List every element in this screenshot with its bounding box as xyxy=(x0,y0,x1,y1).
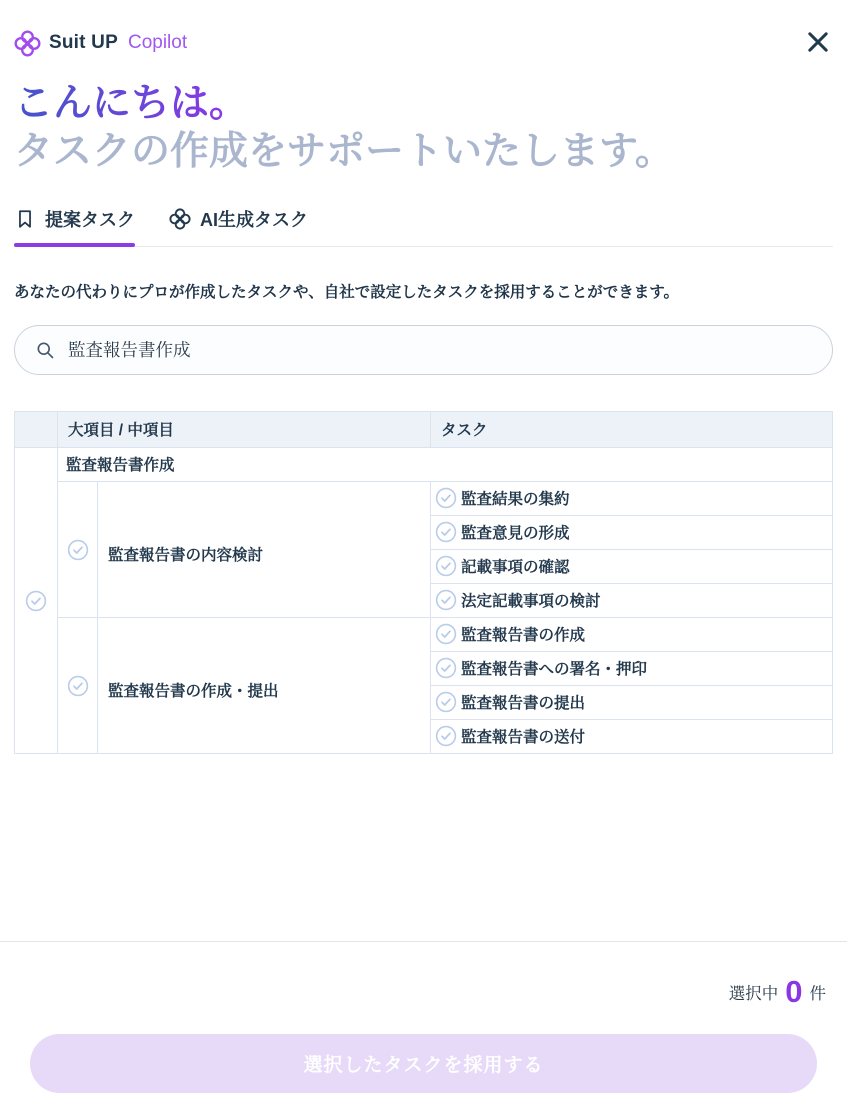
task-label: 監査報告書への署名・押印 xyxy=(461,657,647,679)
check-circle-icon xyxy=(435,487,457,509)
search-box[interactable] xyxy=(14,325,833,375)
table-row: 監査報告書の作成・提出 監査報告書の作成 xyxy=(15,617,833,651)
task-table: 大項目 / 中項目 タスク 監査報告書作成 監査報告書の内容検討 監査 xyxy=(14,411,833,754)
check-circle-icon xyxy=(435,555,457,577)
description-text: あなたの代わりにプロが作成したタスクや、自社で設定したタスクを採用することができ… xyxy=(14,280,833,302)
check-circle-icon xyxy=(435,589,457,611)
task-label: 法定記載事項の検討 xyxy=(461,589,601,611)
check-circle-icon xyxy=(435,521,457,543)
search-input[interactable] xyxy=(68,339,812,360)
check-circle-icon xyxy=(435,725,457,747)
check-circle-icon xyxy=(67,675,89,697)
footer-divider xyxy=(0,941,847,942)
task-label: 監査結果の集約 xyxy=(461,487,570,509)
task-label: 監査報告書の送付 xyxy=(461,725,585,747)
task-cell[interactable]: 監査報告書の提出 xyxy=(431,685,833,719)
selected-counter: 選択中 0 件 xyxy=(729,976,826,1007)
knot-logo-icon xyxy=(14,30,41,57)
group-title: 監査報告書作成 xyxy=(58,447,833,481)
greeting-line2: タスクの作成をサポートいたします。 xyxy=(14,129,833,176)
bookmark-icon xyxy=(14,208,36,230)
tab-bar: 提案タスク AI生成タスク xyxy=(14,202,833,247)
greeting: こんにちは。 タスクの作成をサポートいたします。 xyxy=(14,82,833,176)
subgroup-checkbox[interactable] xyxy=(58,617,98,753)
close-button[interactable] xyxy=(803,28,833,58)
brand-suffix: Copilot xyxy=(128,32,187,54)
brand-name: Suit UP xyxy=(49,32,118,54)
task-label: 監査報告書の提出 xyxy=(461,691,585,713)
check-circle-icon xyxy=(25,590,47,612)
task-label: 記載事項の確認 xyxy=(461,555,570,577)
task-cell[interactable]: 監査意見の形成 xyxy=(431,515,833,549)
check-circle-icon xyxy=(435,691,457,713)
group-checkbox[interactable] xyxy=(15,447,58,753)
header-select-col xyxy=(15,411,58,447)
check-circle-icon xyxy=(435,623,457,645)
header-task-col: タスク xyxy=(431,411,833,447)
group-row: 監査報告書作成 xyxy=(15,447,833,481)
tab-suggested-tasks[interactable]: 提案タスク xyxy=(14,202,135,246)
selected-unit: 件 xyxy=(810,980,827,1004)
check-circle-icon xyxy=(67,539,89,561)
tab-label: 提案タスク xyxy=(45,206,135,232)
task-label: 監査意見の形成 xyxy=(461,521,570,543)
check-circle-icon xyxy=(435,657,457,679)
selected-count: 0 xyxy=(785,976,802,1007)
task-cell[interactable]: 監査結果の集約 xyxy=(431,481,833,515)
task-cell[interactable]: 監査報告書への署名・押印 xyxy=(431,651,833,685)
header-group-col: 大項目 / 中項目 xyxy=(58,411,431,447)
topbar: Suit UP Copilot xyxy=(14,0,833,58)
tab-ai-generated-tasks[interactable]: AI生成タスク xyxy=(169,202,308,246)
task-cell[interactable]: 記載事項の確認 xyxy=(431,549,833,583)
search-icon xyxy=(35,340,55,360)
table-header-row: 大項目 / 中項目 タスク xyxy=(15,411,833,447)
subgroup-checkbox[interactable] xyxy=(58,481,98,617)
task-cell[interactable]: 監査報告書の送付 xyxy=(431,719,833,753)
adopt-tasks-button[interactable]: 選択したタスクを採用する xyxy=(30,1034,817,1093)
subgroup-title: 監査報告書の作成・提出 xyxy=(98,617,431,753)
greeting-line1: こんにちは。 xyxy=(14,82,248,127)
task-label: 監査報告書の作成 xyxy=(461,623,585,645)
task-cell[interactable]: 監査報告書の作成 xyxy=(431,617,833,651)
task-cell[interactable]: 法定記載事項の検討 xyxy=(431,583,833,617)
selected-label: 選択中 xyxy=(729,980,779,1004)
tab-label: AI生成タスク xyxy=(200,206,308,232)
close-icon xyxy=(804,28,832,56)
subgroup-title: 監査報告書の内容検討 xyxy=(98,481,431,617)
copilot-panel: Suit UP Copilot こんにちは。 タスクの作成をサポートいたします。… xyxy=(0,0,847,754)
table-row: 監査報告書の内容検討 監査結果の集約 xyxy=(15,481,833,515)
brand-logo: Suit UP Copilot xyxy=(14,30,187,57)
knot-icon xyxy=(169,208,191,230)
